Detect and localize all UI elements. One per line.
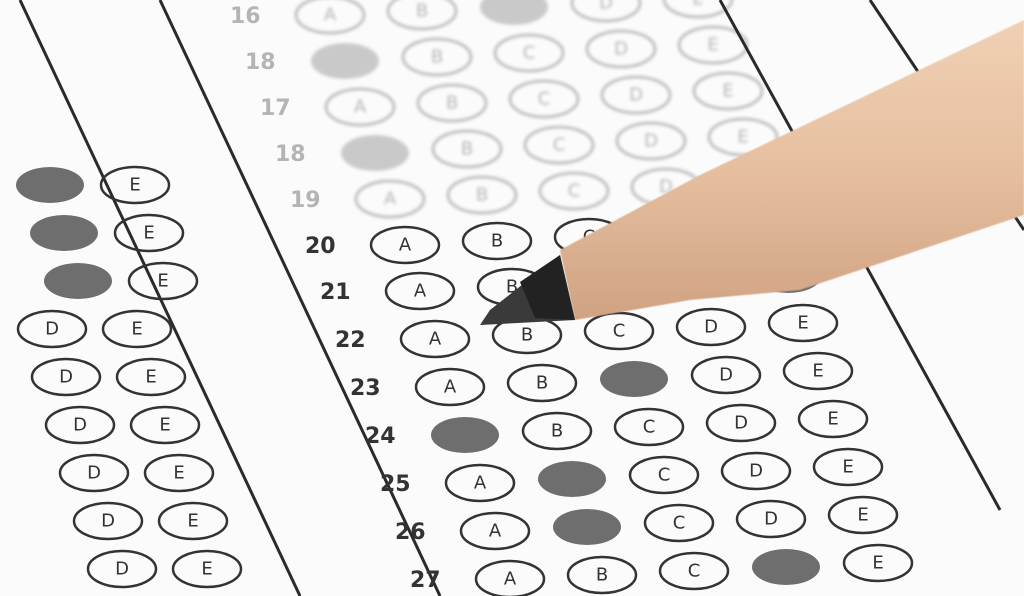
svg-text:B: B (551, 421, 563, 442)
svg-text:E: E (157, 271, 168, 292)
answer-bubble-c[interactable]: C (495, 35, 563, 71)
svg-text:E: E (131, 319, 142, 340)
answer-bubble-b[interactable]: B (403, 39, 471, 75)
answer-bubble-d[interactable] (752, 549, 820, 585)
svg-text:C: C (643, 417, 656, 438)
answer-bubble-a[interactable]: A (326, 89, 394, 125)
question-number: 16 (230, 4, 261, 29)
left-bubble-e[interactable]: E (145, 455, 213, 491)
answer-bubble-d[interactable]: D (737, 501, 805, 537)
svg-text:C: C (553, 135, 566, 156)
svg-text:A: A (429, 329, 442, 350)
answer-bubble-c[interactable]: C (540, 173, 608, 209)
svg-text:C: C (568, 181, 581, 202)
svg-text:E: E (857, 505, 868, 526)
left-bubble-e[interactable]: E (173, 551, 241, 587)
answer-bubble-c[interactable]: C (615, 409, 683, 445)
svg-text:A: A (489, 521, 502, 542)
svg-text:C: C (658, 465, 671, 486)
svg-text:D: D (614, 39, 628, 60)
svg-text:B: B (596, 565, 608, 586)
answer-bubble-c[interactable]: C (585, 313, 653, 349)
answer-bubble-d[interactable]: D (602, 77, 670, 113)
svg-text:A: A (384, 189, 397, 210)
svg-text:E: E (707, 35, 718, 56)
answer-bubble-a[interactable]: A (371, 227, 439, 263)
left-bubble-d[interactable]: D (46, 407, 114, 443)
answer-bubble-a[interactable]: A (461, 513, 529, 549)
question-number: 18 (245, 50, 276, 75)
svg-text:C: C (688, 561, 701, 582)
svg-text:B: B (476, 185, 488, 206)
answer-bubble-a[interactable] (341, 135, 409, 171)
photo-answer-sheet: ABDEBCDEABCDEBCDEABCDEABCDEABCDABCDEABDE… (0, 0, 1024, 596)
answer-bubble-c[interactable] (600, 361, 668, 397)
svg-text:E: E (797, 313, 808, 334)
pencil (480, 20, 1024, 325)
svg-text:E: E (159, 415, 170, 436)
left-bubble-d[interactable]: D (88, 551, 156, 587)
answer-bubble-a[interactable] (431, 417, 499, 453)
answer-bubble-a[interactable]: A (476, 561, 544, 596)
answer-bubble-c[interactable]: C (525, 127, 593, 163)
left-bubble-d[interactable]: D (32, 359, 100, 395)
svg-text:D: D (101, 511, 115, 532)
answer-bubble-a[interactable]: A (401, 321, 469, 357)
svg-text:E: E (143, 223, 154, 244)
answer-bubble-a[interactable]: A (416, 369, 484, 405)
svg-text:D: D (734, 413, 748, 434)
answer-bubble-b[interactable] (553, 509, 621, 545)
left-bubble-e[interactable]: E (103, 311, 171, 347)
bubble-grid: ABDEBCDEABCDEBCDEABCDEABCDEABCDABCDEABDE… (16, 0, 912, 596)
answer-bubble-e[interactable]: E (679, 27, 747, 63)
answer-bubble-b[interactable]: B (463, 223, 531, 259)
left-bubble-e[interactable]: E (101, 167, 169, 203)
question-number: 24 (365, 424, 396, 449)
svg-text:D: D (629, 85, 643, 106)
left-bubble-d[interactable]: D (60, 455, 128, 491)
svg-text:E: E (722, 81, 733, 102)
question-number: 22 (335, 328, 366, 353)
answer-bubble-b[interactable]: B (388, 0, 456, 29)
answer-bubble-c[interactable]: C (660, 553, 728, 589)
svg-text:B: B (431, 47, 443, 68)
answer-bubble-c[interactable] (480, 0, 548, 25)
answer-bubble-c[interactable]: C (510, 81, 578, 117)
svg-text:D: D (115, 559, 129, 580)
left-bubble-d[interactable] (30, 215, 98, 251)
answer-bubble-b[interactable] (538, 461, 606, 497)
svg-text:E: E (842, 457, 853, 478)
svg-text:A: A (444, 377, 457, 398)
answer-bubble-a[interactable]: A (446, 465, 514, 501)
left-bubble-e[interactable]: E (159, 503, 227, 539)
question-number: 18 (275, 142, 306, 167)
svg-text:E: E (737, 127, 748, 148)
svg-text:C: C (523, 43, 536, 64)
svg-text:D: D (644, 131, 658, 152)
question-number: 21 (320, 280, 351, 305)
answer-bubble-e[interactable]: E (829, 497, 897, 533)
svg-text:D: D (59, 367, 73, 388)
answer-bubble-d[interactable]: D (677, 309, 745, 345)
svg-text:B: B (491, 231, 503, 252)
svg-text:A: A (414, 281, 427, 302)
left-bubble-d[interactable] (44, 263, 112, 299)
svg-text:D: D (599, 0, 613, 14)
svg-text:B: B (446, 93, 458, 114)
answer-bubble-c[interactable]: C (645, 505, 713, 541)
svg-text:E: E (145, 367, 156, 388)
svg-text:B: B (416, 1, 428, 22)
svg-text:B: B (536, 373, 548, 394)
answer-bubble-d[interactable]: D (587, 31, 655, 67)
answer-bubble-b[interactable]: B (418, 85, 486, 121)
svg-text:C: C (538, 89, 551, 110)
answer-bubble-e[interactable]: E (769, 305, 837, 341)
question-number: 27 (410, 568, 441, 593)
svg-text:B: B (461, 139, 473, 160)
answer-bubble-b[interactable]: B (508, 365, 576, 401)
question-number: 26 (395, 520, 426, 545)
question-number: 17 (260, 96, 291, 121)
answer-bubble-b[interactable]: B (433, 131, 501, 167)
answer-bubble-a[interactable]: A (386, 273, 454, 309)
answer-bubble-d[interactable]: D (572, 0, 640, 21)
answer-bubble-b[interactable]: B (523, 413, 591, 449)
answer-bubble-e[interactable]: E (844, 545, 912, 581)
svg-text:D: D (87, 463, 101, 484)
svg-text:D: D (749, 461, 763, 482)
answer-bubble-d[interactable]: D (722, 453, 790, 489)
answer-bubble-e[interactable]: E (814, 449, 882, 485)
left-bubble-d[interactable]: D (74, 503, 142, 539)
left-bubble-d[interactable] (16, 167, 84, 203)
answer-bubble-b[interactable]: B (448, 177, 516, 213)
svg-text:E: E (692, 0, 703, 10)
svg-text:D: D (704, 317, 718, 338)
left-bubble-e[interactable]: E (117, 359, 185, 395)
answer-bubble-e[interactable]: E (799, 401, 867, 437)
svg-text:E: E (129, 175, 140, 196)
question-number: 25 (380, 472, 411, 497)
question-number: 23 (350, 376, 381, 401)
svg-text:E: E (872, 553, 883, 574)
answer-sheet-illustration: ABDEBCDEABCDEBCDEABCDEABCDEABCDABCDEABDE… (0, 0, 1024, 596)
svg-text:D: D (764, 509, 778, 530)
left-bubble-e[interactable]: E (131, 407, 199, 443)
question-numbers: 16181718192021222324252627 (230, 4, 441, 593)
svg-text:A: A (504, 569, 517, 590)
svg-text:E: E (173, 463, 184, 484)
left-bubble-e[interactable]: E (129, 263, 197, 299)
svg-text:D: D (73, 415, 87, 436)
svg-text:A: A (324, 5, 337, 26)
svg-text:A: A (354, 97, 367, 118)
svg-text:E: E (812, 361, 823, 382)
answer-bubble-c[interactable]: C (630, 457, 698, 493)
svg-text:E: E (827, 409, 838, 430)
svg-text:E: E (201, 559, 212, 580)
left-bubble-d[interactable]: D (18, 311, 86, 347)
svg-text:D: D (719, 365, 733, 386)
answer-bubble-b[interactable]: B (568, 557, 636, 593)
answer-bubble-d[interactable]: D (617, 123, 685, 159)
question-number: 20 (305, 234, 336, 259)
svg-text:A: A (399, 235, 412, 256)
question-number: 19 (290, 188, 321, 213)
svg-text:E: E (187, 511, 198, 532)
answer-bubble-d[interactable]: D (707, 405, 775, 441)
svg-text:A: A (474, 473, 487, 494)
answer-bubble-a[interactable]: A (296, 0, 364, 33)
svg-text:C: C (673, 513, 686, 534)
answer-bubble-a[interactable] (311, 43, 379, 79)
answer-bubble-a[interactable]: A (356, 181, 424, 217)
svg-text:C: C (613, 321, 626, 342)
answer-bubble-d[interactable]: D (692, 357, 760, 393)
answer-bubble-e[interactable]: E (784, 353, 852, 389)
answer-bubble-e[interactable]: E (694, 73, 762, 109)
svg-text:D: D (45, 319, 59, 340)
left-bubble-e[interactable]: E (115, 215, 183, 251)
svg-text:B: B (521, 325, 533, 346)
